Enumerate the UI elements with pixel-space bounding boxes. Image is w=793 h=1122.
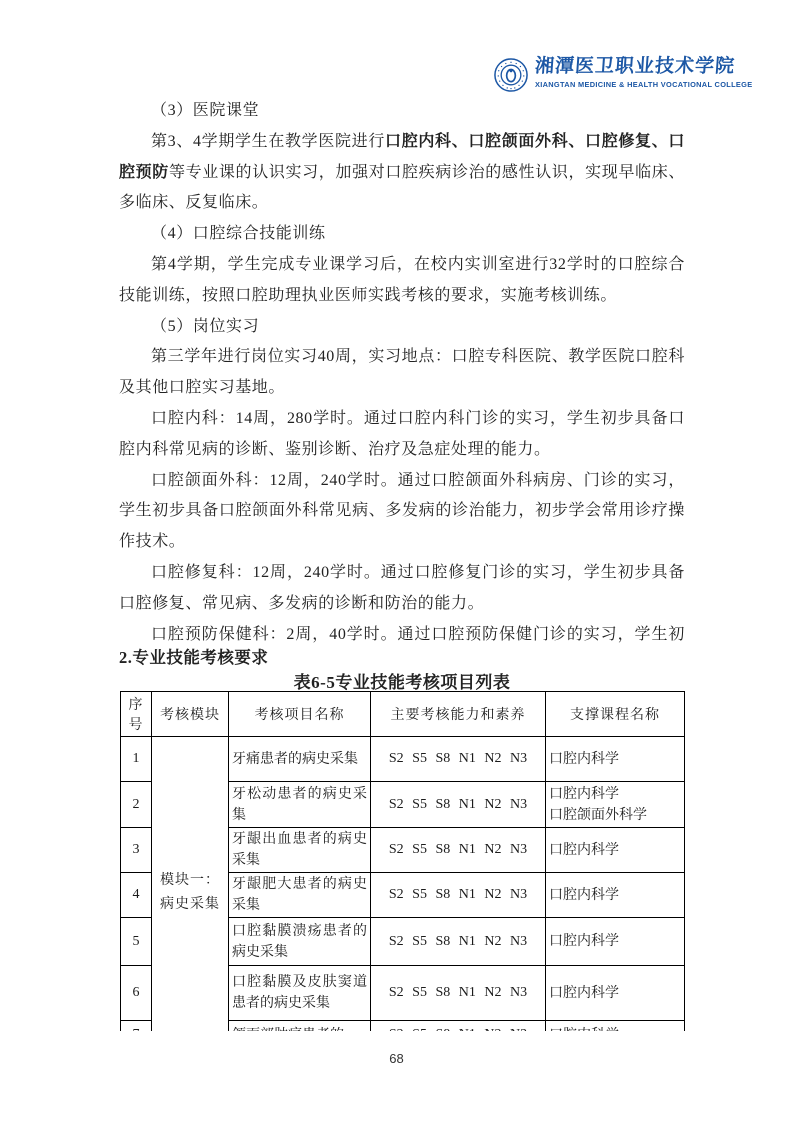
college-name-en: XIANGTAN MEDICINE & HEALTH VOCATIONAL CO… xyxy=(535,80,740,89)
paragraph-oral-maxillofacial-surgery: 口腔颌面外科：12周，240学时。通过口腔颌面外科病房、门诊的实习，学生初步具备… xyxy=(119,466,685,558)
cell-abilities: S2 S5 S8 N1 N2 N3 xyxy=(371,782,546,828)
paragraph-oral-prosthodontics: 口腔修复科：12周，240学时。通过口腔修复门诊的实习，学生初步具备口腔修复、常… xyxy=(119,558,685,620)
paragraph-text: 等专业课的认识实习，加强对口腔疾病诊治的感性认识，实现早临床、多临床、反复临床。 xyxy=(119,164,685,212)
cell-project: 口腔黏膜及皮肤窦道患者的病史采集 xyxy=(229,966,371,1021)
cell-no: 1 xyxy=(121,737,152,782)
cell-no: 5 xyxy=(121,918,152,966)
cell-no: 2 xyxy=(121,782,152,828)
header-courses: 支撑课程名称 xyxy=(546,692,685,737)
cell-project: 牙龈出血患者的病史采集 xyxy=(229,828,371,873)
header-project: 考核项目名称 xyxy=(229,692,371,737)
cell-abilities: S2 S5 S8 N1 N2 N3 xyxy=(371,966,546,1021)
assessment-table: 序号 考核模块 考核项目名称 主要考核能力和素养 支撑课程名称 1 模块一： 病… xyxy=(120,691,685,1031)
header-abilities: 主要考核能力和素养 xyxy=(371,692,546,737)
table-title: 表6-5专业技能考核项目列表 xyxy=(119,668,685,693)
subheading-comprehensive-skill-training: （4）口腔综合技能训练 xyxy=(119,219,685,250)
cell-courses: 口腔内科学 xyxy=(546,828,685,873)
cell-no: 3 xyxy=(121,828,152,873)
cell-project: 牙松动患者的病史采集 xyxy=(229,782,371,828)
subheading-post-internship: （5）岗位实习 xyxy=(119,312,685,343)
cell-courses: 口腔内科学 口腔颌面外科学 xyxy=(546,782,685,828)
cell-no: 6 xyxy=(121,966,152,1021)
table-row: 1 模块一： 病史采集 牙痛患者的病史采集 S2 S5 S8 N1 N2 N3 … xyxy=(121,737,685,782)
cell-project: 牙龈肥大患者的病史采集 xyxy=(229,873,371,918)
paragraph-hospital-classroom: 第3、4学期学生在教学医院进行口腔内科、口腔颌面外科、口腔修复、口腔预防等专业课… xyxy=(119,127,685,219)
cell-abilities: S2 S5 S8 N1 N2 N3 xyxy=(371,828,546,873)
cell-module: 模块一： 病史采集 xyxy=(152,737,229,1032)
cell-abilities: S2 S5 S8 N1 N2 N3 xyxy=(371,918,546,966)
cell-abilities: S2 S5 S8 N1 N2 N3 xyxy=(371,873,546,918)
paragraph-text: 第3、4学期学生在教学医院进行 xyxy=(151,133,385,150)
cell-courses: 口腔内科学 xyxy=(546,966,685,1021)
section-heading: 2.专业技能考核要求 xyxy=(119,644,685,668)
cell-abilities: S2 S5 S8 N1 N2 N3 xyxy=(371,737,546,782)
header-no: 序号 xyxy=(121,692,152,737)
paragraph-comprehensive-skill-training: 第4学期，学生完成专业课学习后，在校内实训室进行32学时的口腔综合技能训练，按照… xyxy=(119,250,685,312)
page-number: 68 xyxy=(0,1051,793,1066)
document-page: 湘潭医卫职业技术学院 XIANGTAN MEDICINE & HEALTH VO… xyxy=(0,0,793,1122)
paragraph-internship-intro: 第三学年进行岗位实习40周，实习地点：口腔专科医院、教学医院口腔科及其他口腔实习… xyxy=(119,342,685,404)
college-logo: 湘潭医卫职业技术学院 XIANGTAN MEDICINE & HEALTH VO… xyxy=(494,54,740,100)
cell-no: 7 xyxy=(121,1021,152,1032)
subheading-hospital-classroom: （3）医院课堂 xyxy=(119,96,685,127)
college-name-zh: 湘潭医卫职业技术学院 xyxy=(534,55,741,79)
paragraph-oral-internal-medicine: 口腔内科：14周，280学时。通过口腔内科门诊的实习，学生初步具备口腔内科常见病… xyxy=(119,404,685,466)
cell-courses: 口腔内科学 xyxy=(546,737,685,782)
cell-no: 4 xyxy=(121,873,152,918)
table-header-row: 序号 考核模块 考核项目名称 主要考核能力和素养 支撑课程名称 xyxy=(121,692,685,737)
cell-courses: 口腔内科学 xyxy=(546,1021,685,1032)
header-module: 考核模块 xyxy=(152,692,229,737)
cell-project: 牙痛患者的病史采集 xyxy=(229,737,371,782)
cell-courses: 口腔内科学 xyxy=(546,873,685,918)
assessment-table-container: 序号 考核模块 考核项目名称 主要考核能力和素养 支撑课程名称 1 模块一： 病… xyxy=(120,691,686,1031)
body-text: （3）医院课堂 第3、4学期学生在教学医院进行口腔内科、口腔颌面外科、口腔修复、… xyxy=(119,96,685,654)
cell-courses: 口腔内科学 xyxy=(546,918,685,966)
college-emblem-icon xyxy=(494,58,528,92)
cell-abilities: S2 S5 S8 N1 N2 N3 xyxy=(371,1021,546,1032)
cell-project: 颌面部肿痛患者的 xyxy=(229,1021,371,1032)
cell-project: 口腔黏膜溃疡患者的病史采集 xyxy=(229,918,371,966)
